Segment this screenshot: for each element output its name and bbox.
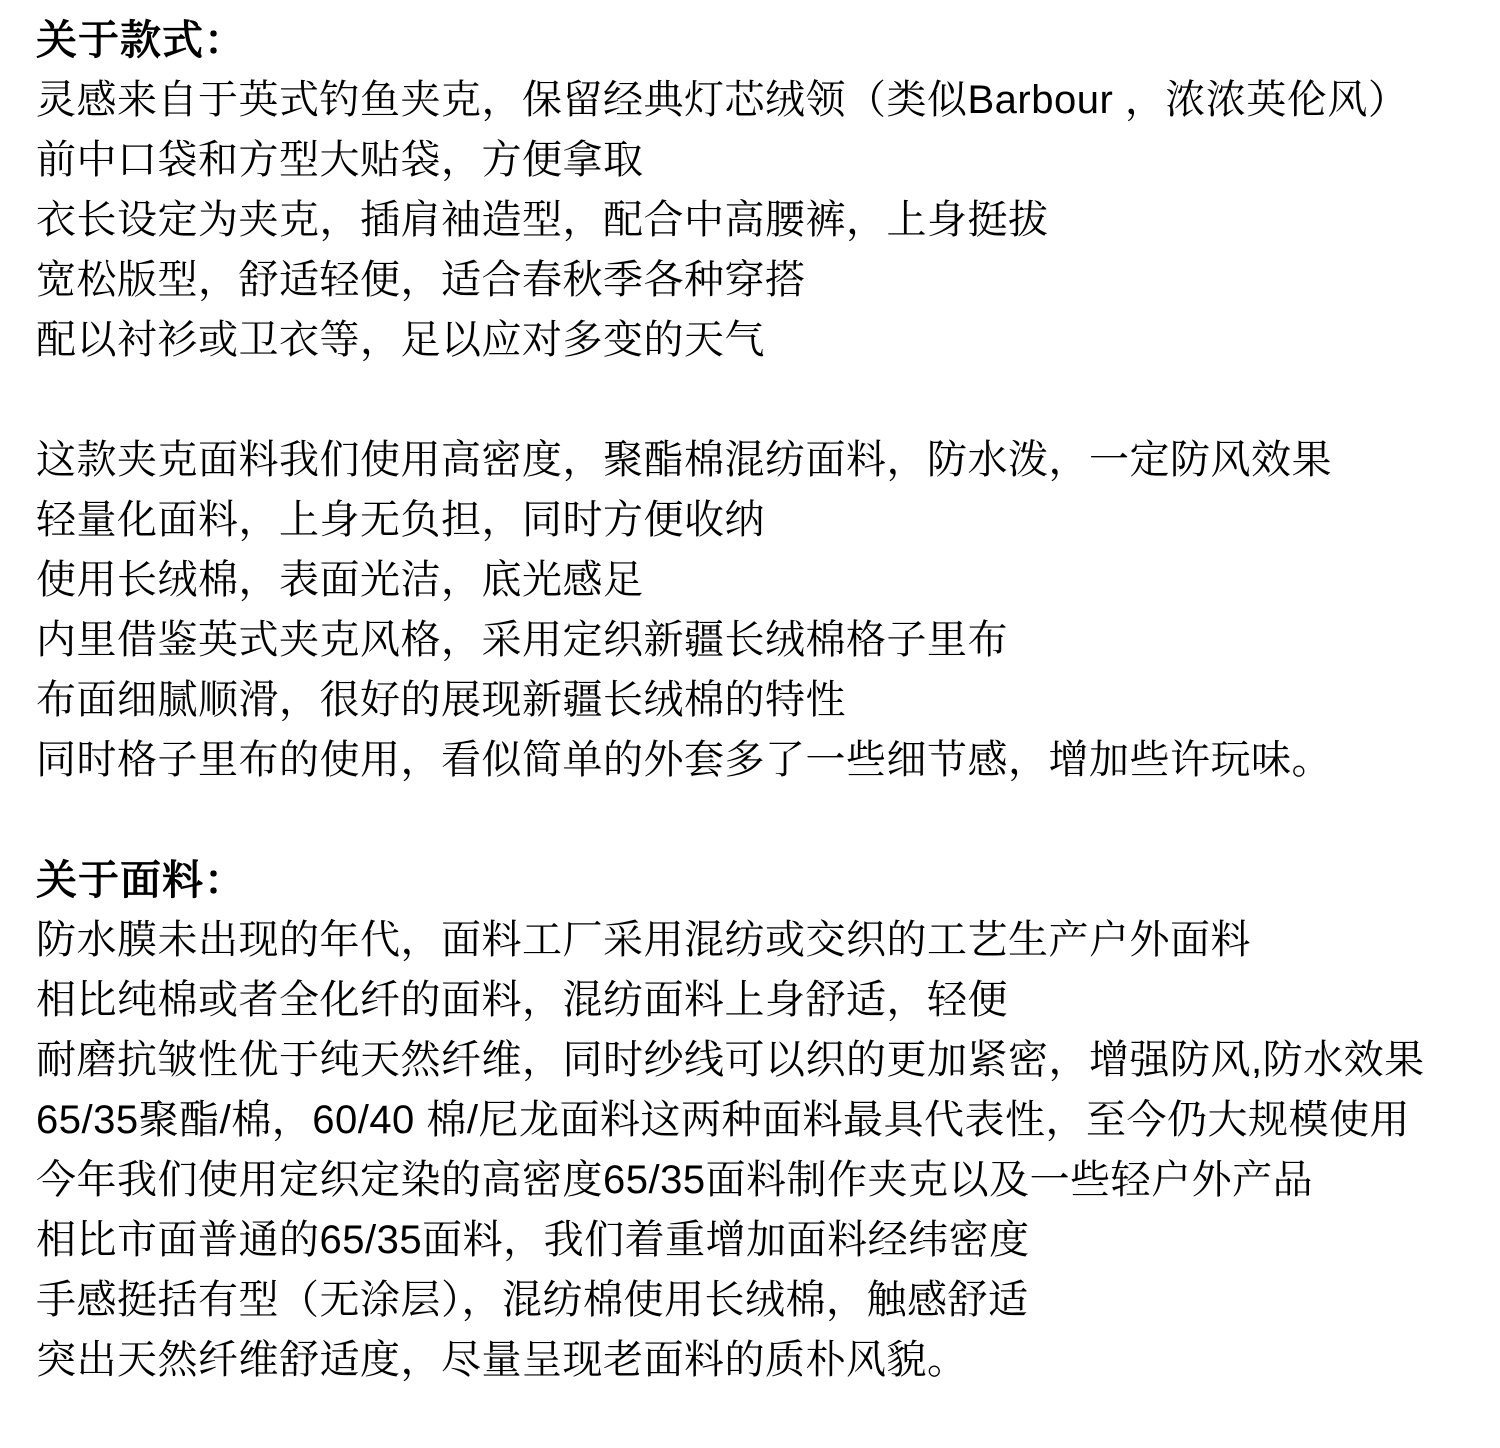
text-line: 耐磨抗皱性优于纯天然纤维，同时纱线可以织的更加紧密，增强防风,防水效果: [36, 1030, 1480, 1090]
section-style-heading: 关于款式：: [36, 10, 1480, 70]
text-line: 宽松版型，舒适轻便，适合春秋季各种穿搭: [36, 250, 1480, 310]
product-description-document: 关于款式： 灵感来自于英式钓鱼夹克，保留经典灯芯绒领（类似Barbour ，浓浓…: [0, 0, 1500, 1390]
text-line: 手感挺括有型（无涂层），混纺棉使用长绒棉，触感舒适: [36, 1270, 1480, 1330]
text-line: 突出天然纤维舒适度，尽量呈现老面料的质朴风貌。: [36, 1330, 1480, 1390]
text-line: 内里借鉴英式夹克风格，采用定织新疆长绒棉格子里布: [36, 610, 1480, 670]
text-line: 轻量化面料，上身无负担，同时方便收纳: [36, 490, 1480, 550]
text-line: 配以衬衫或卫衣等，足以应对多变的天气: [36, 310, 1480, 370]
text-line: 相比市面普通的65/35面料，我们着重增加面料经纬密度: [36, 1210, 1480, 1270]
blank-line: [36, 370, 1480, 430]
text-line: 使用长绒棉，表面光洁，底光感足: [36, 550, 1480, 610]
text-line: 前中口袋和方型大贴袋，方便拿取: [36, 130, 1480, 190]
text-line: 防水膜未出现的年代，面料工厂采用混纺或交织的工艺生产户外面料: [36, 910, 1480, 970]
text-line: 灵感来自于英式钓鱼夹克，保留经典灯芯绒领（类似Barbour ，浓浓英伦风）: [36, 70, 1480, 130]
text-line: 65/35聚酯/棉，60/40 棉/尼龙面料这两种面料最具代表性，至今仍大规模使…: [36, 1090, 1480, 1150]
section-fabric-heading: 关于面料：: [36, 850, 1480, 910]
text-line: 衣长设定为夹克，插肩袖造型，配合中高腰裤，上身挺拔: [36, 190, 1480, 250]
text-line: 同时格子里布的使用，看似简单的外套多了一些细节感，增加些许玩味。: [36, 730, 1480, 790]
section-style: 关于款式： 灵感来自于英式钓鱼夹克，保留经典灯芯绒领（类似Barbour ，浓浓…: [36, 10, 1480, 790]
blank-line: [36, 790, 1480, 850]
text-line: 相比纯棉或者全化纤的面料，混纺面料上身舒适，轻便: [36, 970, 1480, 1030]
text-line: 今年我们使用定织定染的高密度65/35面料制作夹克以及一些轻户外产品: [36, 1150, 1480, 1210]
text-line: 这款夹克面料我们使用高密度，聚酯棉混纺面料，防水泼，一定防风效果: [36, 430, 1480, 490]
section-fabric: 关于面料： 防水膜未出现的年代，面料工厂采用混纺或交织的工艺生产户外面料 相比纯…: [36, 850, 1480, 1390]
text-line: 布面细腻顺滑，很好的展现新疆长绒棉的特性: [36, 670, 1480, 730]
